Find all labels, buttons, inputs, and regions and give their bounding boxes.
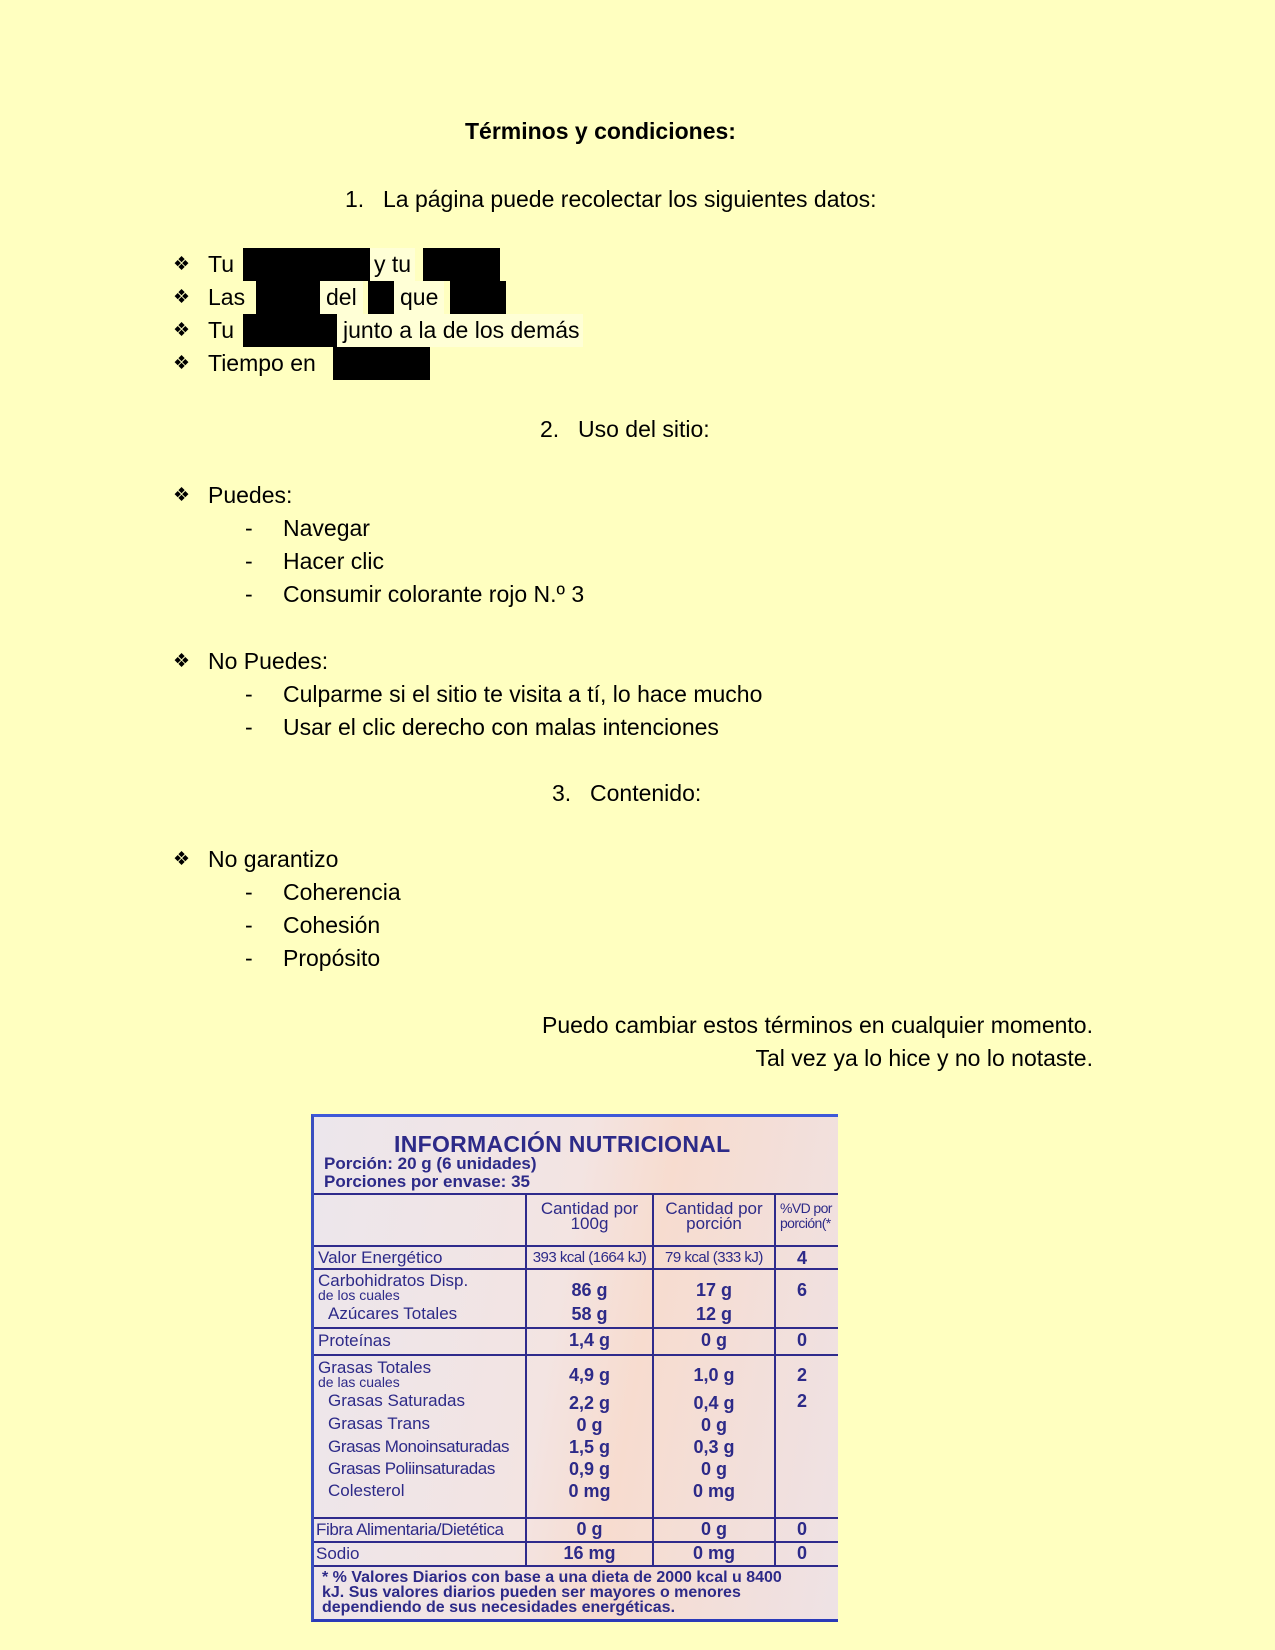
cell: 0,4 g: [654, 1393, 774, 1414]
dash-bullet-icon: -: [245, 876, 253, 909]
item-text: y tu: [370, 248, 415, 281]
redacted-block: [423, 248, 500, 281]
four-diamond-bullet-icon: ❖: [173, 314, 190, 347]
cell: 0 mg: [654, 1543, 774, 1564]
four-diamond-bullet-icon: ❖: [173, 347, 190, 380]
item-text: que: [394, 281, 444, 314]
cell: 0 g: [527, 1415, 652, 1436]
item-text: Navegar: [283, 512, 370, 545]
row-label: Grasas Saturadas: [328, 1391, 465, 1411]
cell: 86 g: [527, 1280, 652, 1301]
item-text: Hacer clic: [283, 545, 384, 578]
redacted-block: [450, 281, 506, 314]
cell: 0 mg: [654, 1481, 774, 1502]
row-label: Azúcares Totales: [328, 1304, 457, 1324]
cell: 0,3 g: [654, 1437, 774, 1458]
cell: 1,4 g: [527, 1330, 652, 1351]
row-label: Grasas Monoinsaturadas: [328, 1437, 509, 1457]
dash-bullet-icon: -: [245, 909, 253, 942]
dash-bullet-icon: -: [245, 512, 253, 545]
cell: 0 g: [527, 1519, 652, 1540]
row-label: Valor Energético: [318, 1248, 442, 1268]
item-text: Consumir colorante rojo N.º 3: [283, 578, 584, 611]
cell: 17 g: [654, 1280, 774, 1301]
column-header: Cantidad por100g: [527, 1201, 652, 1231]
section-2-heading: 2.Uso del sitio:: [540, 416, 710, 443]
four-diamond-bullet-icon: ❖: [173, 248, 190, 281]
cell: 0 g: [654, 1330, 774, 1351]
cell: 6: [776, 1280, 828, 1301]
row-sublabel: de las cuales: [318, 1374, 400, 1390]
section-heading-text: La página puede recolectar los siguiente…: [383, 186, 877, 212]
four-diamond-bullet-icon: ❖: [173, 645, 190, 678]
cell: 0: [776, 1519, 828, 1540]
row-label: Grasas Poliinsaturadas: [328, 1459, 495, 1479]
four-diamond-bullet-icon: ❖: [173, 843, 190, 876]
item-text: del: [320, 281, 363, 314]
item-text: Coherencia: [283, 876, 401, 909]
cell: 4: [776, 1248, 828, 1269]
redacted-block: [243, 248, 370, 281]
dash-bullet-icon: -: [245, 578, 253, 611]
section-number: 1.: [345, 186, 383, 213]
item-text: Cohesión: [283, 909, 380, 942]
cell: 393 kcal (1664 kJ): [527, 1249, 652, 1266]
cell: 0,9 g: [527, 1459, 652, 1480]
dash-bullet-icon: -: [245, 678, 253, 711]
cell: 0 mg: [527, 1481, 652, 1502]
item-text: junto a la de los demás: [337, 314, 583, 347]
dash-bullet-icon: -: [245, 711, 253, 744]
nutrition-label-image: INFORMACIÓN NUTRICIONAL Porción: 20 g (6…: [311, 1114, 838, 1622]
group-label: No garantizo: [208, 843, 338, 876]
redacted-block: [333, 347, 430, 380]
item-text: Tiempo en: [208, 347, 316, 380]
section-number: 2.: [540, 416, 578, 443]
redacted-block: [243, 314, 337, 347]
cell: 2: [776, 1365, 828, 1386]
cell: 0: [776, 1543, 828, 1564]
cell: 58 g: [527, 1304, 652, 1325]
column-header: Cantidad porporción: [654, 1201, 774, 1231]
cell: 0: [776, 1330, 828, 1351]
cell: 2: [776, 1391, 828, 1412]
row-label: Grasas Trans: [328, 1414, 430, 1434]
cell: 1,0 g: [654, 1365, 774, 1386]
row-sublabel: de los cuales: [318, 1287, 400, 1303]
item-text: Culparme si el sitio te visita a tí, lo …: [283, 678, 762, 711]
redacted-block: [256, 281, 320, 314]
dash-bullet-icon: -: [245, 545, 253, 578]
section-number: 3.: [552, 780, 590, 807]
closing-line-1: Puedo cambiar estos términos en cualquie…: [542, 1009, 1093, 1042]
closing-line-2: Tal vez ya lo hice y no lo notaste.: [755, 1042, 1093, 1075]
group-label: No Puedes:: [208, 645, 328, 678]
item-text: Tu: [208, 248, 234, 281]
row-label: Proteínas: [318, 1331, 391, 1351]
section-1-heading: 1.La página puede recolectar los siguien…: [345, 186, 877, 213]
group-label: Puedes:: [208, 479, 292, 512]
cell: 4,9 g: [527, 1365, 652, 1386]
row-label: Colesterol: [328, 1481, 405, 1501]
cell: 1,5 g: [527, 1437, 652, 1458]
cell: 2,2 g: [527, 1393, 652, 1414]
four-diamond-bullet-icon: ❖: [173, 281, 190, 314]
item-text: Tu: [208, 314, 234, 347]
column-header: %VD porporción(*: [776, 1201, 838, 1231]
cell: 12 g: [654, 1304, 774, 1325]
cell: 0 g: [654, 1415, 774, 1436]
row-label: Sodio: [316, 1544, 359, 1564]
label-portions-per-package: Porciones por envase: 35: [324, 1172, 530, 1192]
four-diamond-bullet-icon: ❖: [173, 479, 190, 512]
section-3-heading: 3.Contenido:: [552, 780, 701, 807]
item-text: Usar el clic derecho con malas intencion…: [283, 711, 719, 744]
page-title: Términos y condiciones:: [465, 118, 736, 145]
cell: 16 mg: [527, 1543, 652, 1564]
section-heading-text: Uso del sitio:: [578, 416, 710, 442]
dash-bullet-icon: -: [245, 942, 253, 975]
row-label: Fibra Alimentaria/Dietética: [316, 1520, 504, 1540]
redacted-block: [368, 281, 394, 314]
item-text: Propósito: [283, 942, 380, 975]
cell: 0 g: [654, 1519, 774, 1540]
section-heading-text: Contenido:: [590, 780, 701, 806]
label-portion: Porción: 20 g (6 unidades): [324, 1154, 537, 1174]
label-footnote: * % Valores Diarios con base a una dieta…: [322, 1570, 782, 1615]
cell: 0 g: [654, 1459, 774, 1480]
cell: 79 kcal (333 kJ): [654, 1249, 774, 1266]
item-text: Las: [208, 281, 245, 314]
